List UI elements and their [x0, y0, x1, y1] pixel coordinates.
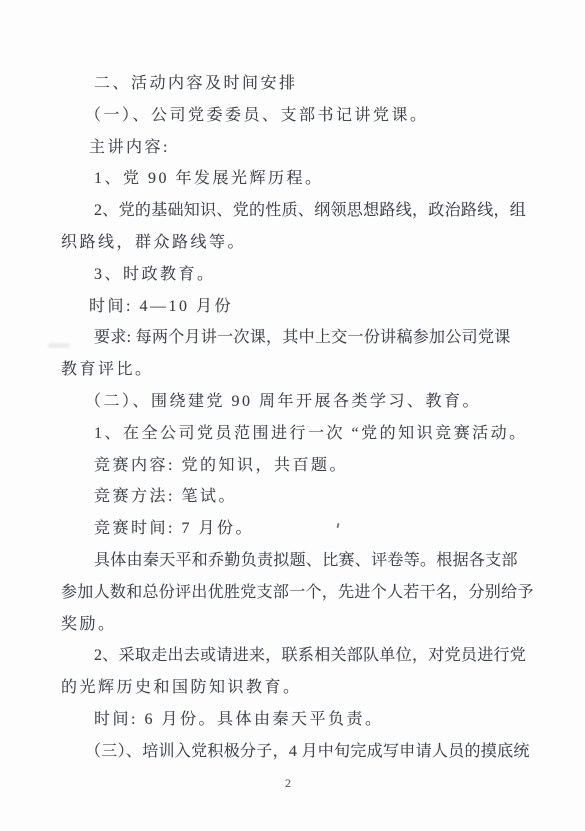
document-line: 织路线，群众路线等。: [61, 227, 523, 259]
document-line: 3、时政教育。: [61, 259, 523, 291]
document-line: 参加人数和总份评出优胜党支部一个，先进个人若干名，分别给予: [61, 577, 523, 609]
document-line: 1、党 90 年发展光辉历程。: [61, 163, 523, 195]
document-line: 2、党的基础知识、党的性质、纲领思想路线，政治路线，组: [61, 195, 523, 227]
document-line: 竞赛内容: 党的知识，共百题。: [61, 450, 523, 482]
document-body: 二、活动内容及时间安排（一）、公司党委委员、支部书记讲党课。主讲内容:1、党 9…: [61, 68, 523, 768]
document-line: 时间: 4—10 月份: [61, 291, 523, 323]
document-line: 竞赛方法: 笔试。: [61, 481, 523, 513]
document-line: （三）、培训入党积极分子，4 月中旬完成写申请人员的摸底统: [61, 736, 523, 768]
page-number: 2: [280, 776, 296, 790]
document-line: 的光辉历史和国防知识教育。: [61, 672, 523, 704]
document-line: 1、在全公司党员范围进行一次 “党的知识竞赛活动。: [61, 418, 523, 450]
document-line: （一）、公司党委委员、支部书记讲党课。: [61, 100, 523, 132]
document-line: 要求: 每两个月讲一次课，其中上交一份讲稿参加公司党课: [61, 322, 523, 354]
document-line: 教育评比。: [61, 354, 523, 386]
document-line: 主讲内容:: [61, 132, 523, 164]
scan-artifact-smudge: [48, 343, 70, 348]
scanned-document-page: 二、活动内容及时间安排（一）、公司党委委员、支部书记讲党课。主讲内容:1、党 9…: [0, 0, 585, 831]
document-line: 竞赛时间: 7 月份。: [61, 513, 523, 545]
document-line: （二）、围绕建党 90 周年开展各类学习、教育。: [61, 386, 523, 418]
document-line: 奖励。: [61, 609, 523, 641]
document-line: 2、采取走出去或请进来，联系相关部队单位，对党员进行党: [61, 640, 523, 672]
document-line: 时间: 6 月份。具体由秦天平负责。: [61, 704, 523, 736]
document-line: 具体由秦天平和乔勤负责拟题、比赛、评卷等。根据各支部: [61, 545, 523, 577]
document-line: 二、活动内容及时间安排: [61, 68, 523, 100]
